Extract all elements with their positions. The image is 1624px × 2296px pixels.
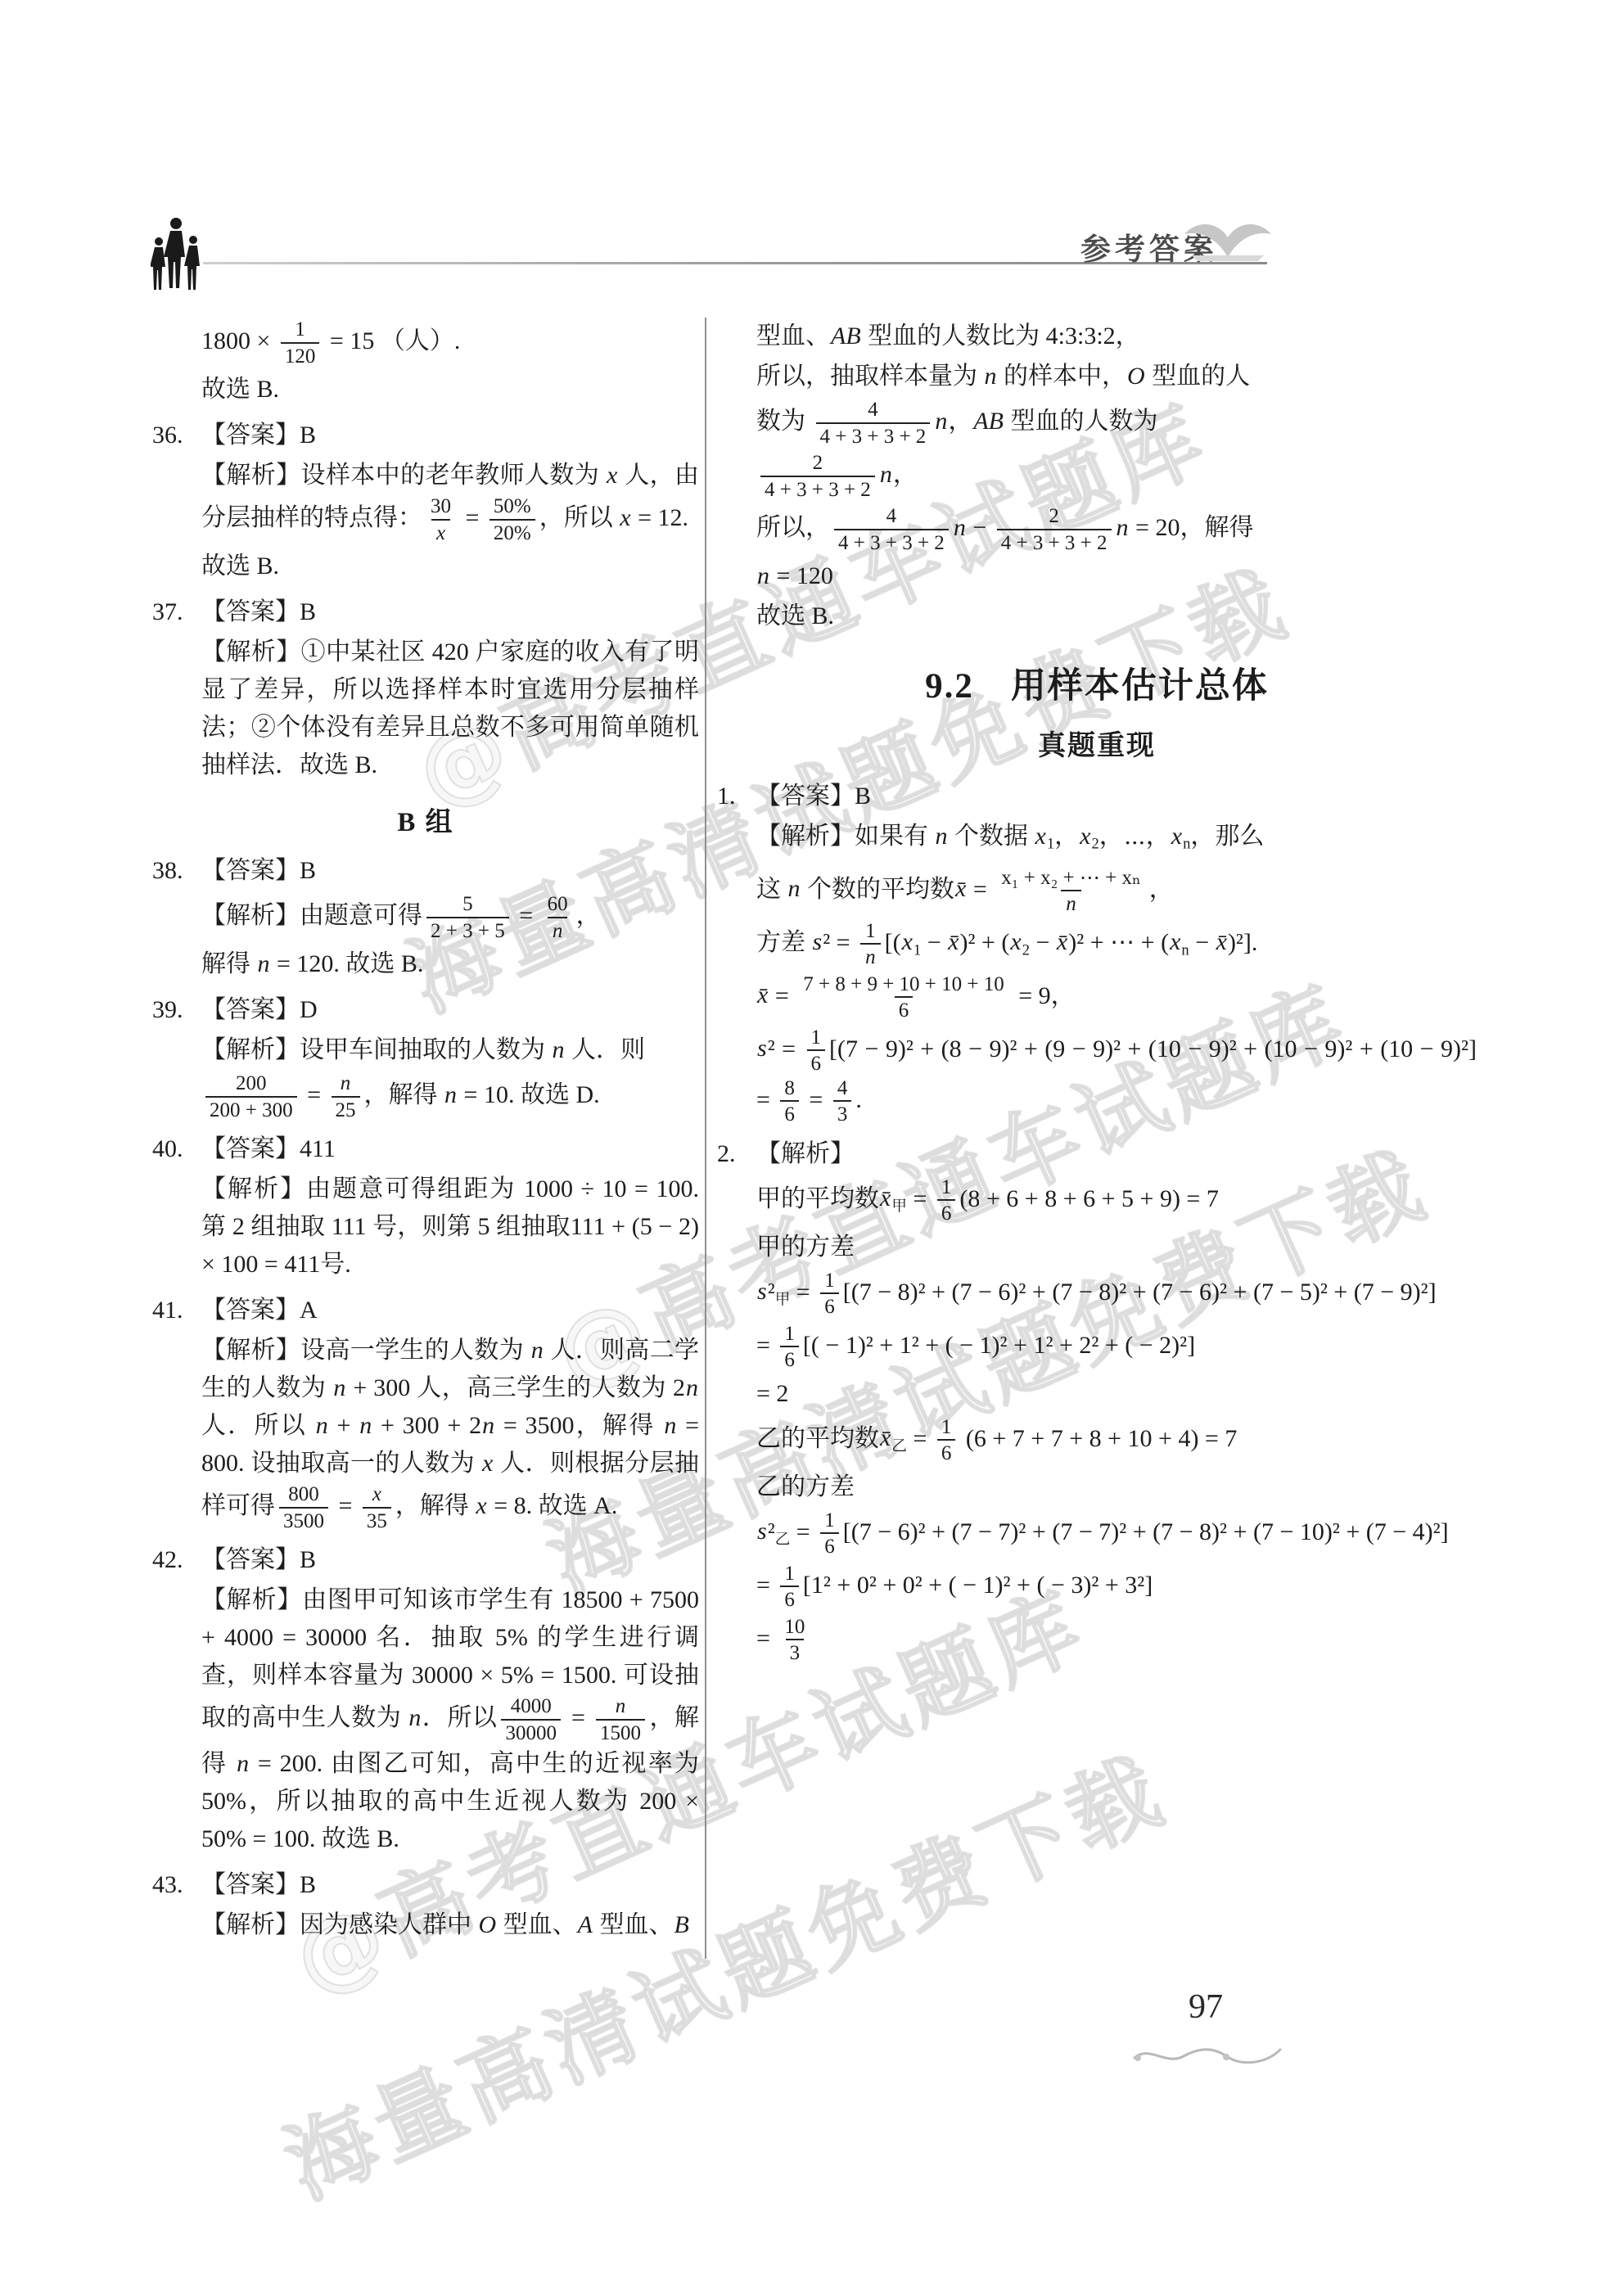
fraction: 1n	[860, 919, 881, 970]
math-variable: x̄	[756, 981, 769, 1008]
subscript: 甲	[891, 1198, 907, 1215]
paragraph: 【解析】因为感染人群中 O 型血、A 型血、B	[201, 1906, 699, 1944]
fraction: 7 + 8 + 9 + 10 + 10 + 106	[799, 972, 1008, 1023]
math-variable: x	[1035, 823, 1047, 850]
fraction-numerator: 2	[809, 451, 828, 476]
fraction-denominator: 6	[820, 1532, 839, 1559]
paragraph: 【解析】由题意可得组距为 1000 ÷ 10 = 100. 第 2 组抽取 11…	[201, 1171, 699, 1283]
fraction-numerator: 1	[937, 1415, 956, 1440]
text-run: 【解析】设甲车间抽取的人数为	[201, 1036, 552, 1063]
math-variable: x̄	[1056, 928, 1068, 955]
text-run: 【答案】D	[201, 996, 318, 1023]
fraction-numerator: 1	[820, 1509, 839, 1533]
math-variable: n	[756, 562, 770, 589]
text-run: 【解析】设高一学生的人数为	[201, 1337, 530, 1364]
text-run: =	[332, 1492, 359, 1519]
fraction-denominator: 3500	[279, 1507, 328, 1534]
subscript: 2	[1091, 836, 1098, 853]
paragraph: = 2	[756, 1375, 1477, 1413]
paragraph: 型血、AB 型血的人数比为 4:3:3:2，	[756, 318, 1477, 355]
paragraph: 【解析】①中某社区 420 户家庭的收入有了明显了差异，所以选择样本时宜选用分层…	[201, 634, 699, 784]
people-icon	[151, 216, 201, 291]
fraction-numerator: n	[611, 1694, 631, 1719]
text-run: 【解析】①中某社区 420 户家庭的收入有了明显了差异，所以选择样本时宜选用分层…	[201, 638, 699, 778]
text-run: 【答案】B	[201, 1546, 316, 1573]
item-number: 37.	[152, 593, 201, 784]
text-run: ，所以	[539, 504, 620, 531]
text-run: [(7 − 6)² + (7 − 7)² + (7 − 7)² + (7 − 8…	[843, 1518, 1449, 1545]
math-variable: x	[1009, 928, 1022, 955]
paragraph: 乙的方差	[756, 1468, 1477, 1506]
text-run: ² =	[768, 1035, 803, 1062]
text-run: 人．所以	[201, 1412, 315, 1439]
math-variable: x	[481, 1450, 494, 1477]
math-variable: n	[1116, 514, 1130, 541]
fraction: 16	[820, 1269, 839, 1319]
item-number: 1.	[717, 778, 756, 1127]
text-run: =	[769, 981, 795, 1008]
fraction-denominator: 20%	[489, 519, 535, 546]
fraction: 16	[937, 1415, 956, 1466]
text-run: 乙的平均数	[756, 1424, 879, 1451]
paragraph: 所以，44 + 3 + 3 + 2n − 24 + 3 + 3 + 2n = 2…	[756, 504, 1477, 555]
fraction: 400030000	[501, 1694, 561, 1745]
paragraph: 【答案】B	[201, 1866, 699, 1904]
text-run: ，解得	[364, 1081, 444, 1108]
fraction-numerator: 60	[544, 892, 572, 917]
paragraph: 这 n 个数的平均数x̄ = x₁ + x₂ + ⋯ + xₙn，	[756, 866, 1477, 917]
text-run: 型血、	[593, 1911, 674, 1938]
text-run: 【答案】411	[201, 1135, 336, 1162]
text-run: =	[790, 1278, 816, 1305]
math-variable: n	[935, 823, 949, 850]
text-run: =	[565, 1704, 592, 1731]
fraction-denominator: 2 + 3 + 5	[426, 917, 509, 944]
footer-flourish	[1130, 2041, 1285, 2069]
paragraph: 【解析】由图甲可知该市学生有 18500 + 7500 + 4000 = 300…	[201, 1581, 699, 1858]
text-run: 【答案】A	[201, 1297, 318, 1324]
item-number: 38.	[152, 852, 201, 983]
paragraph: 1800 × 1120 = 15 （人）.	[201, 318, 699, 368]
text-run: 故选 B.	[756, 602, 834, 629]
text-run: 【答案】B	[201, 598, 316, 625]
paragraph: 【解析】由题意可得52 + 3 + 5 = 60n，	[201, 892, 699, 943]
math-variable: x	[1171, 823, 1183, 850]
item-number	[717, 318, 756, 635]
text-run: .	[855, 1085, 862, 1112]
text-run: = 8. 故选 A.	[488, 1492, 618, 1519]
text-run: 【解析】设样本中的老年教师人数为	[201, 462, 606, 489]
text-run: 甲的平均数	[756, 1184, 879, 1211]
text-run: 方差	[756, 928, 812, 955]
fraction-numerator: 50%	[489, 494, 535, 519]
paragraph: 方差 s² = 1n[(x1 − x̄)² + (x2 − x̄)² + ⋯ +…	[756, 919, 1477, 970]
paragraph: 解得 n = 120. 故选 B.	[201, 945, 699, 983]
math-variable: n	[685, 1374, 699, 1401]
paragraph: s² = 16[(7 − 9)² + (8 − 9)² + (9 − 9)² +…	[756, 1026, 1477, 1127]
math-variable: x̄	[879, 1424, 891, 1451]
text-run: ，⋯，	[1099, 823, 1171, 850]
paragraph: 【答案】B	[756, 778, 1477, 815]
text-run: 甲的方差	[756, 1234, 855, 1261]
fraction: x₁ + x₂ + ⋯ + xₙn	[997, 866, 1145, 917]
text-run: =	[459, 504, 485, 531]
subscript: n	[1181, 941, 1189, 959]
answer-item: 43.【答案】B【解析】因为感染人群中 O 型血、A 型血、B	[152, 1866, 699, 1944]
text-run: )² + (	[959, 928, 1009, 955]
fraction-denominator: 200 + 300	[205, 1096, 297, 1123]
text-run: = 120. 故选 B.	[271, 950, 424, 977]
text-run: 数为	[756, 408, 812, 435]
fraction-numerator: 4000	[507, 1694, 556, 1719]
math-variable: s	[756, 1035, 768, 1062]
item-body: 【答案】D【解析】设甲车间抽取的人数为 n 人．则200200 + 300 = …	[201, 991, 699, 1122]
subscript: 1	[1047, 836, 1054, 853]
text-run: 故选 B.	[201, 376, 279, 403]
text-run: 型血的人数比为 4:3:3:2，	[862, 323, 1140, 350]
math-variable: x̄	[947, 928, 959, 955]
math-variable: n	[984, 363, 998, 390]
subscript: 1	[913, 941, 921, 959]
paragraph: n = 120	[756, 557, 1477, 595]
fraction: 50%20%	[489, 494, 535, 545]
math-variable: x	[619, 504, 631, 531]
fraction: n25	[332, 1071, 360, 1122]
text-run: =	[756, 1624, 776, 1651]
math-variable: x̄	[954, 875, 967, 902]
paragraph: 故选 B.	[201, 371, 699, 408]
answer-item: 37.【答案】B【解析】①中某社区 420 户家庭的收入有了明显了差异，所以选择…	[152, 593, 699, 784]
fraction: 44 + 3 + 3 + 2	[816, 398, 931, 449]
paragraph: 【答案】A	[201, 1292, 699, 1329]
fraction: 16	[820, 1509, 839, 1559]
item-number: 43.	[152, 1866, 201, 1944]
text-run: 这	[756, 875, 787, 902]
text-run: ² =	[823, 928, 856, 955]
fraction: 16	[780, 1322, 799, 1373]
fraction-denominator: 6	[895, 996, 913, 1023]
paragraph: 200200 + 300 = n25，解得 n = 10. 故选 D.	[201, 1071, 699, 1122]
text-run: = 3500，解得	[495, 1412, 663, 1439]
fraction-numerator: 2	[1044, 504, 1063, 529]
text-run: = 12.	[632, 504, 688, 531]
fraction: 60n	[544, 892, 572, 943]
text-run: 【答案】B	[201, 1871, 316, 1898]
fraction-numerator: 7 + 8 + 9 + 10 + 10 + 10	[799, 972, 1008, 997]
answer-item: 36.【答案】B【解析】设样本中的老年教师人数为 x 人，由分层抽样的特点得：3…	[152, 417, 699, 585]
math-variable: n	[359, 1412, 372, 1439]
text-run: 【解析】如果有	[756, 823, 935, 850]
paragraph: 数为 44 + 3 + 3 + 2n，AB 型血的人数为	[756, 398, 1477, 449]
fraction-numerator: 1	[937, 1175, 956, 1200]
math-variable: n	[315, 1412, 329, 1439]
text-run: + 300 + 2	[372, 1412, 481, 1439]
text-run: 【解析】	[756, 1140, 855, 1167]
paragraph: s²乙 = 16[(7 − 6)² + (7 − 7)² + (7 − 7)² …	[756, 1509, 1477, 1559]
fraction: 200200 + 300	[205, 1071, 297, 1122]
fraction-denominator: 4 + 3 + 3 + 2	[997, 529, 1112, 556]
text-run: = 200. 由图乙可知，高中生的近视率为 50%，所以抽取的高中生近视人数为 …	[201, 1750, 699, 1852]
group-heading: B 组	[152, 801, 699, 839]
item-number: 36.	[152, 417, 201, 585]
text-run: ，	[1149, 875, 1174, 902]
text-run: ．所以	[422, 1704, 497, 1731]
fraction-denominator: 4 + 3 + 3 + 2	[760, 476, 875, 503]
fraction: 1120	[281, 318, 320, 368]
fraction-numerator: 30	[426, 494, 455, 519]
paragraph: 【答案】D	[201, 991, 699, 1029]
text-run: =	[756, 1571, 776, 1598]
text-run: 型血、	[756, 323, 830, 350]
text-run: ，	[576, 902, 601, 929]
fraction-denominator: 6	[937, 1439, 956, 1466]
math-variable: s	[756, 1518, 768, 1545]
text-run: +	[329, 1412, 359, 1439]
fraction-numerator: 1	[780, 1322, 799, 1346]
text-run: (8 + 6 + 8 + 6 + 5 + 9) = 7	[959, 1184, 1219, 1211]
paragraph: 【解析】	[756, 1135, 1477, 1173]
text-run: ，	[948, 408, 972, 435]
text-run: 型血的人数为	[1004, 408, 1158, 435]
text-run: 个数据	[949, 823, 1035, 850]
math-variable: O	[1126, 363, 1146, 390]
text-run: =	[967, 875, 993, 902]
fraction-denominator: 6	[780, 1100, 799, 1127]
item-body: 【答案】B【解析】设样本中的老年教师人数为 x 人，由分层抽样的特点得：30x …	[201, 417, 699, 585]
paragraph: 故选 B.	[756, 598, 1477, 635]
fraction-denominator: 120	[281, 342, 320, 369]
text-run: 的样本中，	[998, 363, 1127, 390]
text-run: ²	[768, 1518, 775, 1545]
text-run: ，	[893, 461, 918, 488]
text-run: 所以，抽取样本量为	[756, 363, 984, 390]
fraction-numerator: 10	[780, 1615, 809, 1640]
math-variable: n	[934, 408, 948, 435]
answer-item: 40.【答案】411【解析】由题意可得组距为 1000 ÷ 10 = 100. …	[152, 1130, 699, 1283]
text-run: ，那么	[1190, 823, 1264, 850]
text-run: 故选 B.	[201, 553, 279, 580]
paragraph: 【解析】设高一学生的人数为 n 人．则高二学生的人数为 n + 300 人，高三…	[201, 1332, 699, 1533]
text-run: 所以，	[756, 514, 830, 541]
item-number: 42.	[152, 1541, 201, 1858]
fraction-denominator: x	[431, 519, 450, 546]
text-run: [(	[885, 928, 901, 955]
answer-item: 38.【答案】B【解析】由题意可得52 + 3 + 5 = 60n，解得 n =…	[152, 852, 699, 983]
answer-item: 1.【答案】B【解析】如果有 n 个数据 x1，x2，⋯，xn，那么这 n 个数…	[717, 778, 1477, 1127]
paragraph: 甲的方差	[756, 1229, 1477, 1266]
fraction: n1500	[596, 1694, 645, 1745]
paragraph: s²甲 = 16[(7 − 8)² + (7 − 6)² + (7 − 8)² …	[756, 1269, 1477, 1319]
fraction: 16	[937, 1175, 956, 1226]
text-run: 个数的平均数	[801, 875, 955, 902]
item-body: 【答案】B【解析】由图甲可知该市学生有 18500 + 7500 + 4000 …	[201, 1541, 699, 1858]
page-number: 97	[1189, 1987, 1223, 2027]
fraction-denominator: 6	[820, 1292, 839, 1319]
paragraph: = 103	[756, 1615, 1477, 1666]
text-run: =	[513, 902, 539, 929]
math-variable: n	[879, 461, 893, 488]
fraction-numerator: 200	[232, 1071, 271, 1096]
item-number: 41.	[152, 1292, 201, 1533]
text-run: = 9，	[1013, 981, 1076, 1008]
answer-item: 1800 × 1120 = 15 （人）.故选 B.	[152, 318, 699, 408]
paragraph: 【解析】设样本中的老年教师人数为 x 人，由分层抽样的特点得：30x = 50%…	[201, 457, 699, 545]
math-variable: s	[756, 1278, 768, 1305]
fraction-denominator: 1500	[596, 1719, 645, 1746]
paragraph: 所以，抽取样本量为 n 的样本中，O 型血的人	[756, 358, 1477, 395]
fraction-denominator: 30000	[501, 1719, 561, 1746]
math-variable: n	[663, 1412, 677, 1439]
text-run: =	[756, 1331, 776, 1358]
text-run: [(7 − 8)² + (7 − 6)² + (7 − 8)² + (7 − 6…	[843, 1278, 1437, 1305]
math-variable: n	[481, 1412, 495, 1439]
text-run: −	[921, 928, 947, 955]
item-body: 【答案】411【解析】由题意可得组距为 1000 ÷ 10 = 100. 第 2…	[201, 1130, 699, 1283]
text-run: = 20，解得	[1130, 514, 1254, 541]
item-body: 【答案】A【解析】设高一学生的人数为 n 人．则高二学生的人数为 n + 300…	[201, 1292, 699, 1533]
item-body: 型血、AB 型血的人数比为 4:3:3:2，所以，抽取样本量为 n 的样本中，O…	[756, 318, 1477, 635]
math-variable: n	[552, 1036, 566, 1063]
answer-item: 39.【答案】D【解析】设甲车间抽取的人数为 n 人．则200200 + 300…	[152, 991, 699, 1122]
math-variable: n	[257, 950, 271, 977]
math-variable: A	[577, 1911, 593, 1938]
fraction-numerator: n	[336, 1071, 356, 1096]
paragraph: 【答案】B	[201, 593, 699, 631]
text-run: ²	[768, 1278, 775, 1305]
fraction: 86	[780, 1076, 799, 1127]
text-run: = 2	[756, 1380, 788, 1407]
answers-column-right: 型血、AB 型血的人数比为 4:3:3:2，所以，抽取样本量为 n 的样本中，O…	[717, 318, 1477, 1674]
fraction: 52 + 3 + 5	[426, 892, 509, 943]
fraction-denominator: 3	[786, 1639, 805, 1666]
fraction-numerator: 5	[458, 892, 477, 917]
subscript: n	[1183, 836, 1190, 853]
fraction-numerator: x	[368, 1482, 386, 1507]
fraction-numerator: 1	[820, 1269, 839, 1293]
item-number	[152, 318, 201, 408]
text-run: =	[907, 1184, 933, 1211]
fraction-denominator: n	[1061, 890, 1081, 917]
fraction: 16	[807, 1026, 826, 1076]
answer-item: 型血、AB 型血的人数比为 4:3:3:2，所以，抽取样本量为 n 的样本中，O…	[717, 318, 1477, 635]
paragraph: 【解析】设甲车间抽取的人数为 n 人．则	[201, 1031, 699, 1069]
math-variable: x̄	[879, 1184, 891, 1211]
text-run: 乙的方差	[756, 1473, 855, 1500]
answer-item: 41.【答案】A【解析】设高一学生的人数为 n 人．则高二学生的人数为 n + …	[152, 1292, 699, 1533]
fraction-numerator: 1	[291, 318, 309, 342]
fraction-numerator: 8	[780, 1076, 799, 1101]
fraction-denominator: 6	[780, 1346, 799, 1373]
text-run: )²].	[1228, 928, 1257, 955]
text-run: =	[301, 1081, 327, 1108]
fraction: 24 + 3 + 3 + 2	[997, 504, 1112, 555]
math-variable: x	[606, 462, 618, 489]
math-variable: n	[408, 1704, 422, 1731]
fraction-numerator: 4	[833, 1076, 852, 1101]
text-run: −	[1030, 928, 1056, 955]
paragraph: x̄ = 7 + 8 + 9 + 10 + 10 + 106 = 9，	[756, 972, 1477, 1023]
answer-item: 42.【答案】B【解析】由图甲可知该市学生有 18500 + 7500 + 40…	[152, 1541, 699, 1858]
fraction-denominator: 6	[937, 1199, 956, 1226]
textbook-answer-page: 参考答案 @高考直通车试题库 海量高清试题免费下载 @高考直通车试题库 海量高清…	[0, 0, 1624, 2296]
math-variable: AB	[972, 408, 1004, 435]
subscript: 2	[1022, 941, 1030, 959]
math-variable: n	[236, 1750, 250, 1777]
paragraph: 【答案】B	[201, 417, 699, 454]
fraction: 30x	[426, 494, 455, 545]
text-run: =	[790, 1518, 816, 1545]
fraction: 8003500	[279, 1482, 328, 1533]
fraction-numerator: 1	[861, 919, 880, 944]
item-number: 2.	[717, 1135, 756, 1666]
text-run: 【答案】B	[201, 857, 316, 884]
paragraph: 【解析】如果有 n 个数据 x1，x2，⋯，xn，那么	[756, 818, 1477, 864]
fraction-numerator: 4	[882, 504, 901, 529]
fraction: 43	[833, 1076, 852, 1127]
fraction-numerator: 1	[807, 1026, 826, 1050]
text-run: 【解析】由题意可得	[201, 902, 422, 929]
item-number: 39.	[152, 991, 201, 1122]
paragraph: 故选 B.	[201, 548, 699, 585]
text-run: 【解析】由题意可得组距为 1000 ÷ 10 = 100. 第 2 组抽取 11…	[201, 1175, 699, 1278]
text-run: (6 + 7 + 7 + 8 + 10 + 4) = 7	[959, 1424, 1237, 1451]
item-body: 【答案】B【解析】如果有 n 个数据 x1，x2，⋯，xn，那么这 n 个数的平…	[756, 778, 1477, 1127]
text-run: )² + ⋯ + (	[1068, 928, 1169, 955]
fraction-denominator: n	[860, 943, 881, 970]
text-run: 【答案】B	[756, 783, 871, 810]
text-run: 【答案】B	[201, 422, 316, 449]
open-book-icon	[1182, 211, 1274, 264]
sub-heading: 真题重现	[717, 723, 1477, 763]
item-number: 40.	[152, 1130, 201, 1283]
fraction-denominator: n	[548, 917, 568, 944]
text-run: 【解析】因为感染人群中	[201, 1911, 478, 1938]
fraction: 44 + 3 + 3 + 2	[834, 504, 949, 555]
text-run: 1800 ×	[201, 327, 277, 354]
fraction-denominator: 3	[833, 1100, 852, 1127]
text-run: = 15 （人）.	[323, 327, 460, 354]
text-run: −	[1189, 928, 1216, 955]
paragraph: = 16[1² + 0² + 0² + ( − 1)² + ( − 3)² + …	[756, 1562, 1477, 1613]
section-heading: 9.2 用样本估计总体	[717, 658, 1477, 708]
math-variable: n	[953, 514, 967, 541]
text-run: = 120	[770, 562, 833, 589]
fraction-denominator: 35	[363, 1507, 391, 1534]
subscript: 乙	[891, 1437, 907, 1455]
fraction: 16	[780, 1562, 799, 1613]
math-variable: B	[674, 1911, 690, 1938]
paragraph: 乙的平均数x̄乙 = 16 (6 + 7 + 7 + 8 + 10 + 4) =…	[756, 1415, 1477, 1466]
math-variable: s	[812, 928, 823, 955]
text-run: =	[803, 1085, 829, 1112]
paragraph: 【答案】B	[201, 852, 699, 890]
math-variable: AB	[830, 323, 862, 350]
text-run: ，	[1054, 823, 1079, 850]
text-run: [1² + 0² + 0² + ( − 1)² + ( − 3)² + 3²]	[803, 1571, 1153, 1598]
fraction: 24 + 3 + 3 + 2	[760, 451, 875, 502]
text-run: −	[967, 514, 993, 541]
text-run: =	[907, 1424, 933, 1451]
math-variable: n	[787, 875, 801, 902]
fraction-denominator: 25	[332, 1096, 360, 1123]
text-run: 型血的人	[1146, 363, 1251, 390]
math-variable: n	[444, 1081, 458, 1108]
fraction: 103	[780, 1615, 809, 1666]
fraction: x35	[363, 1482, 391, 1533]
text-run: + 300 人，高三学生的人数为 2	[346, 1374, 685, 1401]
item-body: 【答案】B【解析】因为感染人群中 O 型血、A 型血、B	[201, 1866, 699, 1944]
math-variable: n	[530, 1337, 544, 1364]
